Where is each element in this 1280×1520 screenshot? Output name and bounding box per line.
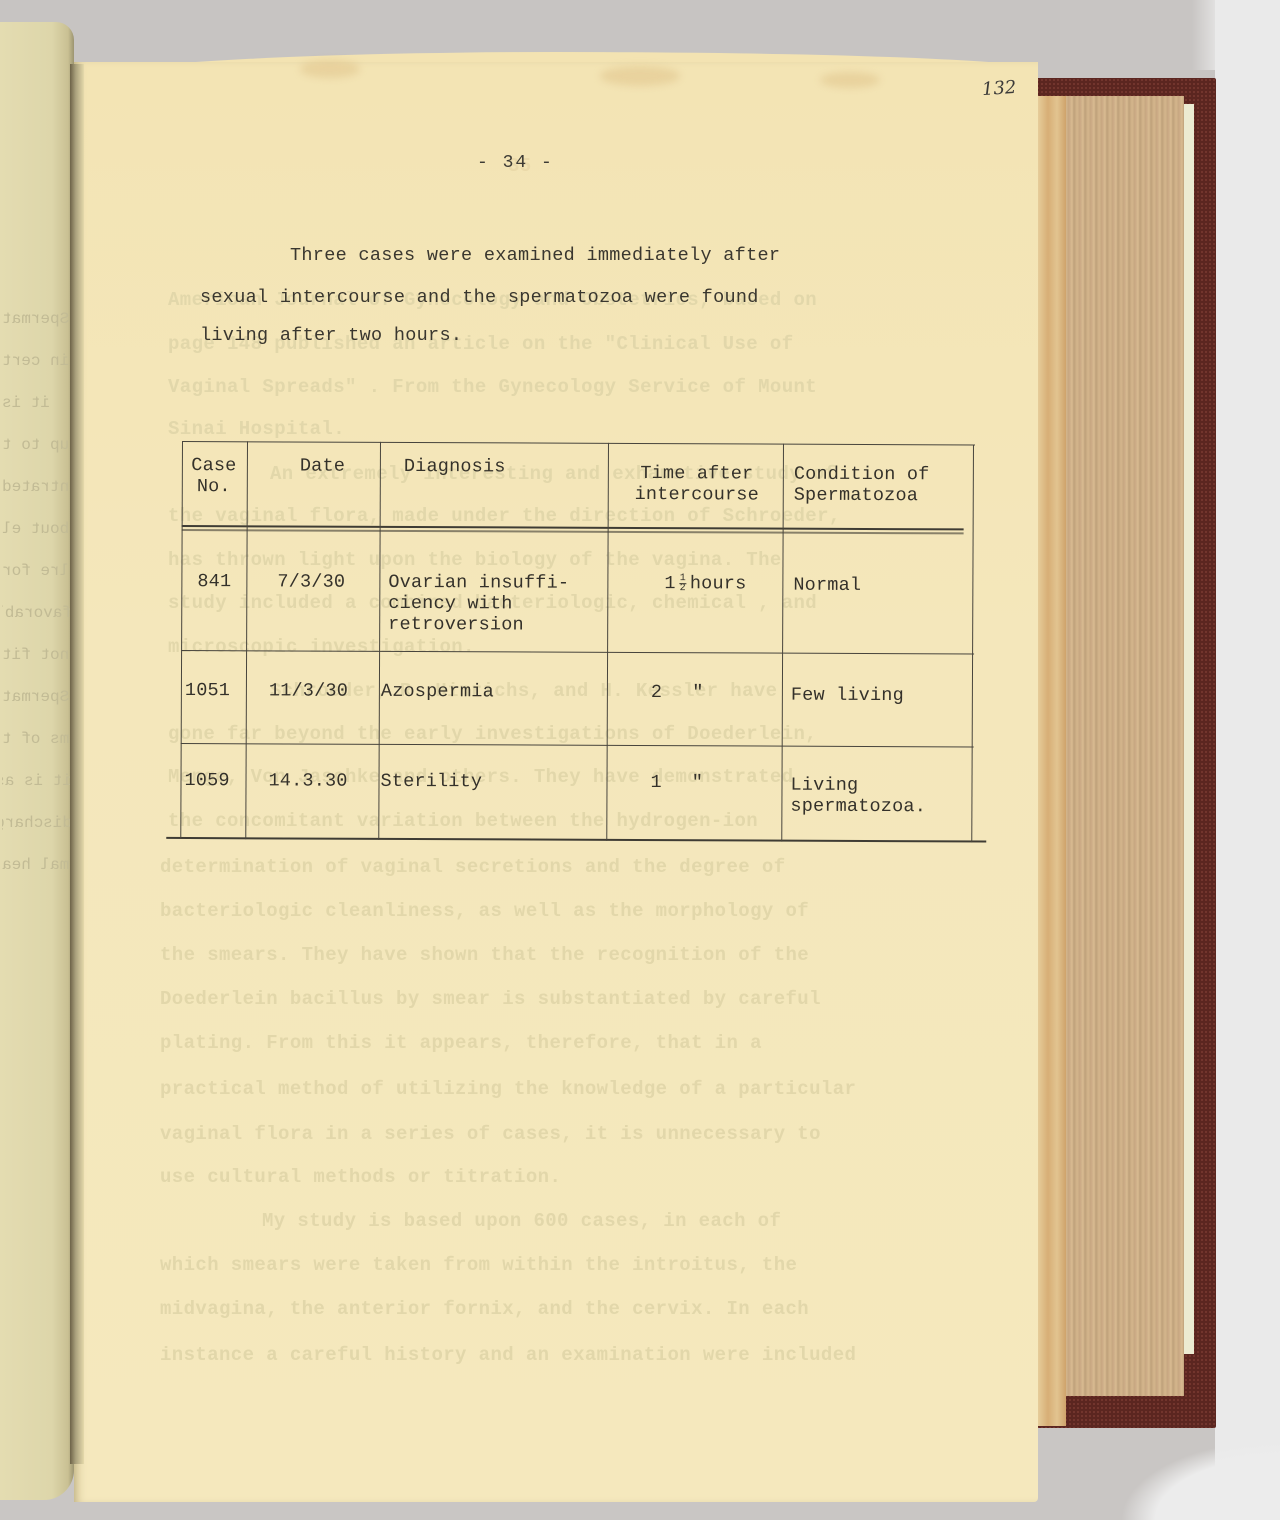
bleed-through-line: the smears. They have shown that the rec… (160, 944, 809, 966)
left-page-fragment: mal hea (2, 856, 72, 874)
cell-diagnosis: Ovarian insuffi-ciency withretroversion (388, 572, 569, 636)
cell-condition: Few living (791, 685, 904, 706)
left-page-fragment: up to t (2, 436, 72, 454)
column-divider (781, 444, 784, 842)
row-divider (181, 743, 974, 748)
column-divider (245, 441, 248, 839)
bleed-through-line: Doederlein bacillus by smear is substant… (160, 988, 821, 1010)
bleed-through-line: practical method of utilizing the knowle… (160, 1078, 856, 1100)
paper-stain (300, 60, 360, 78)
bleed-through-line: Vaginal Spreads" . From the Gynecology S… (168, 376, 817, 398)
endpaper (1184, 104, 1194, 1354)
cell-condition: Normal (793, 575, 861, 596)
left-page-fragment: in cert (2, 352, 72, 370)
left-page-fragment: Spermat (2, 310, 72, 328)
cell-time-after: 2" (651, 682, 704, 703)
left-page-fragment: favorabl (2, 604, 72, 622)
paper-stain (600, 66, 680, 86)
bleed-through-line: My study is based upon 600 cases, in eac… (262, 1210, 781, 1232)
bleed-through-line: bacteriologic cleanliness, as well as th… (160, 900, 809, 922)
header-intercourse-line: intercourse (635, 484, 759, 506)
bleed-through-line: use cultural methods or titration. (160, 1166, 561, 1188)
header-case-no: CaseNo. (185, 455, 243, 497)
cell-case-no: 841 (197, 571, 231, 592)
left-page-fragment: it is (2, 394, 72, 412)
bleed-through-line: instance a careful history and an examin… (160, 1344, 856, 1366)
condition-line: spermatozoa. (790, 796, 926, 818)
left-page-fragment: ms of t (2, 730, 72, 748)
handwritten-folio-number: 132 (981, 77, 1017, 100)
bleed-through-line: midvagina, the anterior fornix, and the … (160, 1298, 809, 1320)
ditto-mark: " (692, 772, 703, 793)
left-page-fragment: ntrated (2, 478, 72, 496)
left-page-fragment: Spermat (2, 688, 72, 706)
page-edges-stained (1036, 96, 1066, 1426)
cell-time-after: 112hours (664, 573, 746, 594)
cell-date: 7/3/30 (277, 571, 345, 592)
header-date: Date (300, 456, 345, 477)
condition-line: Living (790, 775, 858, 796)
row-divider (181, 650, 974, 655)
cell-diagnosis: Sterility (380, 771, 482, 792)
cell-time-after: 1" (650, 772, 703, 793)
header-condition: Condition ofSpermatozoa (794, 464, 930, 507)
ditto-mark: " (692, 682, 703, 703)
header-no-line: No. (197, 476, 231, 497)
cell-date: 11/3/30 (269, 680, 348, 701)
diagnosis-line: retroversion (388, 614, 524, 636)
paper-stain (820, 72, 880, 88)
bleed-through-line: plating. From this it appears, therefore… (160, 1032, 762, 1054)
cell-case-no: 1059 (184, 770, 229, 791)
left-page-fragment: not fit (2, 646, 72, 664)
page-number: - 34 - (477, 153, 554, 173)
cell-case-no: 1051 (185, 680, 230, 701)
spermatozoa-table: CaseNo. Date Diagnosis Time afterinterco… (180, 441, 975, 844)
header-diagnosis: Diagnosis (404, 456, 506, 477)
header-condition-line: Condition of (794, 464, 930, 486)
column-divider (606, 443, 609, 841)
header-case-line: Case (191, 455, 236, 476)
backdrop-wall (1215, 0, 1280, 1520)
time-unit: hours (690, 573, 747, 594)
left-page-fragment: discharge (2, 814, 72, 832)
paragraph-line: Three cases were examined immediately af… (290, 245, 780, 266)
time-number: 1 (664, 573, 675, 594)
bleed-through-line: Sinai Hospital. (168, 418, 345, 440)
left-page-fragment: bout el (2, 520, 72, 538)
cell-date: 14.3.30 (268, 770, 347, 791)
time-number: 2 (651, 682, 662, 703)
bleed-through-line: which smears were taken from within the … (160, 1254, 797, 1276)
paragraph-line: sexual intercourse and the spermatozoa w… (200, 287, 759, 308)
fraction-denominator: 2 (680, 583, 686, 593)
header-time-after: Time afterintercourse (622, 463, 772, 506)
backdrop-light (1120, 1440, 1280, 1520)
fraction-half: 12 (680, 574, 686, 593)
fraction-numerator: 1 (680, 574, 686, 583)
diagnosis-line: Ovarian insuffi- (388, 572, 569, 594)
header-time-line: Time after (640, 463, 753, 484)
left-page-fragment: lre for (2, 562, 72, 580)
header-spermatozoa-line: Spermatozoa (794, 485, 918, 507)
previous-page-edge: Spermat in cert it is up to t ntrated bo… (0, 22, 74, 1500)
cell-condition: Livingspermatozoa. (790, 775, 926, 818)
bleed-through-line: vaginal flora in a series of cases, it i… (160, 1123, 821, 1145)
bleed-through-line: determination of vaginal secretions and … (160, 856, 786, 878)
cell-diagnosis: Azospermia (381, 681, 494, 702)
paragraph-line: living after two hours. (200, 325, 462, 346)
time-number: 1 (650, 772, 661, 793)
left-page-fragment: it is as (2, 772, 72, 790)
book-gutter (70, 64, 84, 1464)
diagnosis-line: ciency with (388, 593, 512, 615)
